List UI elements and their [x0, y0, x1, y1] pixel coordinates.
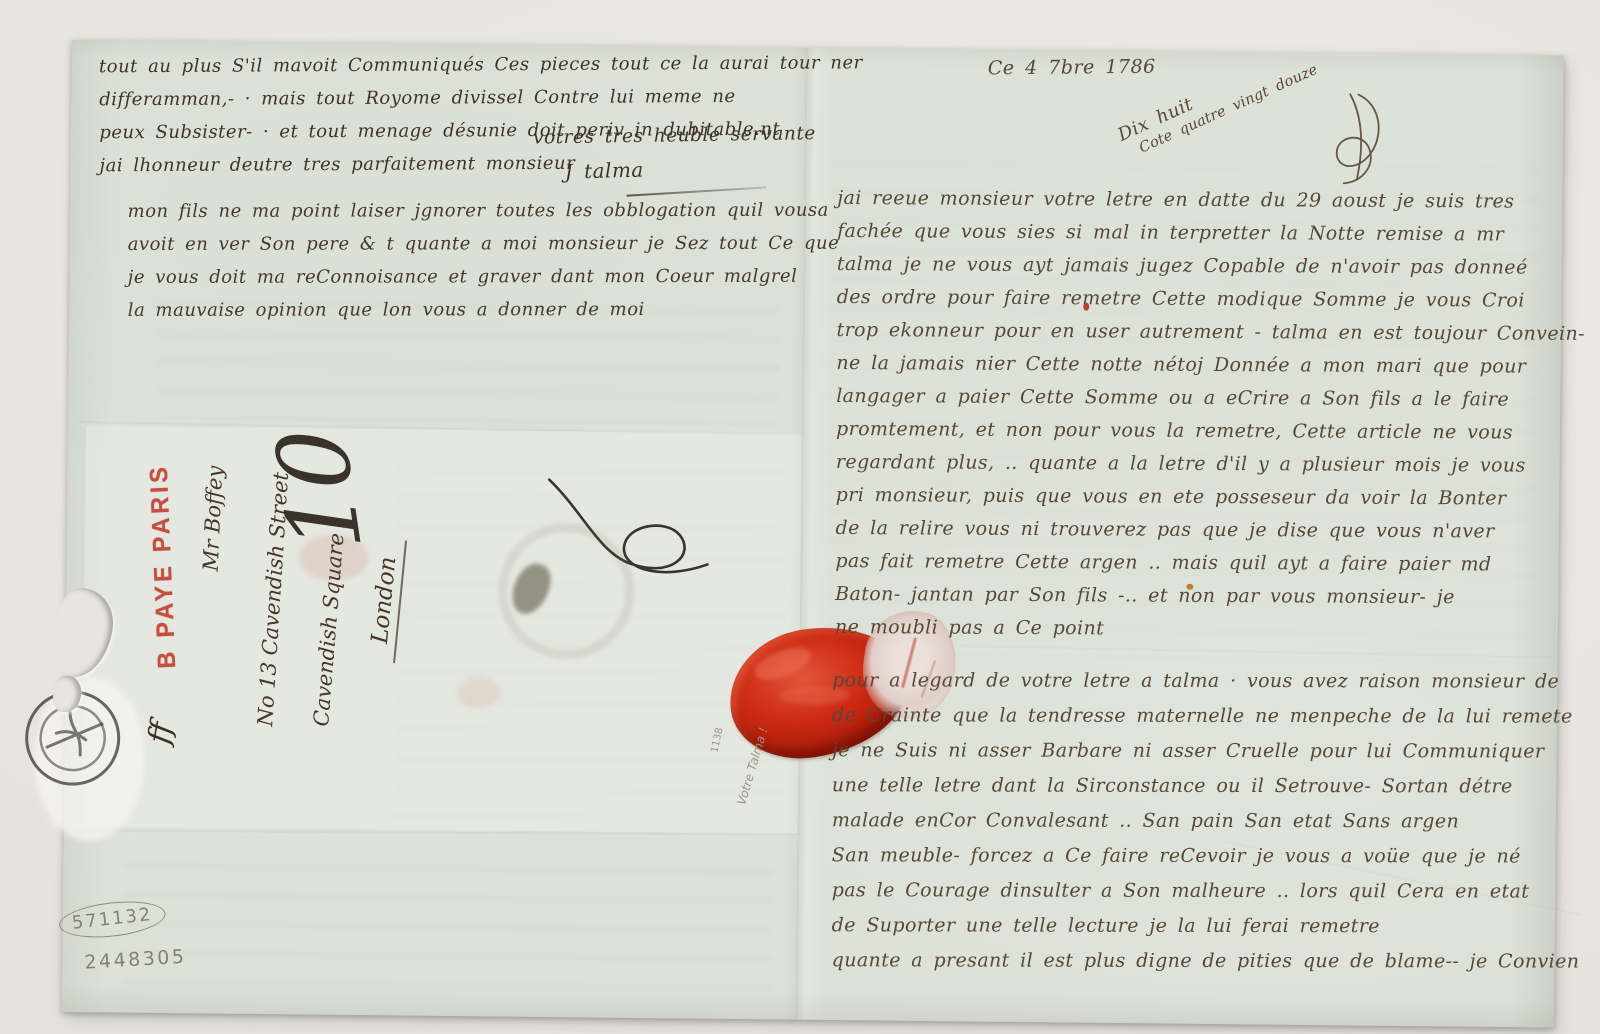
date-line: Ce 4 7bre 1786: [988, 56, 1156, 80]
pink-stain-small: [457, 676, 501, 708]
paraph-flourish: [1300, 84, 1397, 193]
text-line: promtement, et non pour vous la remetre,…: [836, 413, 1585, 450]
text-line: des ordre pour faire remetre Cette modiq…: [837, 281, 1586, 318]
text-line: trop ekonneur pour en user autrement - t…: [836, 314, 1585, 351]
text-line: de Suporter une telle lecture je la lui …: [832, 908, 1580, 944]
text-line: regardant plus, .. quante a la letre d'i…: [836, 446, 1585, 483]
text-line: malade enCor Convalesant .. San pain San…: [832, 803, 1580, 839]
postage-rate-mark: 10: [254, 427, 384, 553]
valediction: votres tres heuble servante: [533, 123, 816, 148]
text-line: langager a paier Cette Somme ou a eCrire…: [836, 380, 1585, 417]
text-line: ne moubli pas a Ce point: [835, 611, 1584, 648]
text-line: pas fait remetre Cette argen .. mais qui…: [835, 545, 1584, 582]
text-line: une telle letre dant la Sirconstance ou …: [832, 768, 1580, 804]
text-line: pas le Courage dinsulter a Son malheure …: [832, 873, 1580, 909]
catalog-circle: 571132: [57, 897, 167, 943]
text-line: Baton- jantan par Son fils -.. et non pa…: [835, 578, 1584, 615]
signature: J talma: [564, 158, 644, 184]
text-line: ne la jamais nier Cette notte nétoj Donn…: [836, 347, 1585, 384]
closing-text: tout au plus S'il mavoit Communiqués Ces…: [99, 46, 863, 182]
postscript-text: mon fils ne ma point laiser jgnorer tout…: [128, 194, 840, 327]
show-through-left-lower: [122, 841, 774, 1008]
text-line: talma je ne vous ayt jamais jugez Copabl…: [837, 248, 1586, 285]
photo-background: { "left_page": { "closing_lines": [ "tou…: [0, 0, 1600, 1034]
text-line: fachée que vous sies si mal in terprette…: [837, 215, 1586, 252]
text-line: San meuble- forcez a Ce faire reCevoir j…: [832, 838, 1580, 874]
letter-body-paragraph-2: pour a legard de votre letre a talma · v…: [832, 663, 1580, 979]
text-line: mon fils ne ma point laiser jgnorer tout…: [128, 194, 840, 228]
text-line: quante a presant il est plus digne de pi…: [832, 943, 1580, 979]
text-line: de la relire vous ni trouverez pas que j…: [835, 512, 1584, 549]
text-line: pri monsieur, puis que vous en ete posse…: [836, 479, 1585, 516]
text-line: de Crainte que la tendresse maternelle n…: [832, 698, 1580, 734]
text-line: differamman,- · mais tout Royome divisse…: [99, 79, 863, 116]
text-line: jai reeue monsieur votre letre en datte …: [837, 182, 1586, 219]
text-line: jai lhonneur deutre tres parfaitement mo…: [99, 145, 863, 182]
catalog-number-circled: 571132: [58, 903, 166, 936]
text-line: je ne Suis ni asser Barbare ni asser Cru…: [832, 733, 1580, 769]
address-name: Mr Boffey: [199, 465, 228, 571]
text-line: pour a legard de votre letre a talma · v…: [832, 663, 1580, 699]
text-line: la mauvaise opinion que lon vous a donne…: [128, 293, 840, 327]
catalog-number: 2448305: [84, 946, 187, 974]
text-line: je vous doit ma reConnoisance et graver …: [128, 260, 840, 294]
text-line: tout au plus S'il mavoit Communiqués Ces…: [99, 46, 863, 83]
letter-body-paragraph-1: jai reeue monsieur votre letre en datte …: [835, 182, 1586, 648]
letter-sheet: tout au plus S'il mavoit Communiqués Ces…: [62, 40, 1564, 1028]
text-line: avoit en ver Son pere & t quante a moi m…: [128, 227, 840, 261]
